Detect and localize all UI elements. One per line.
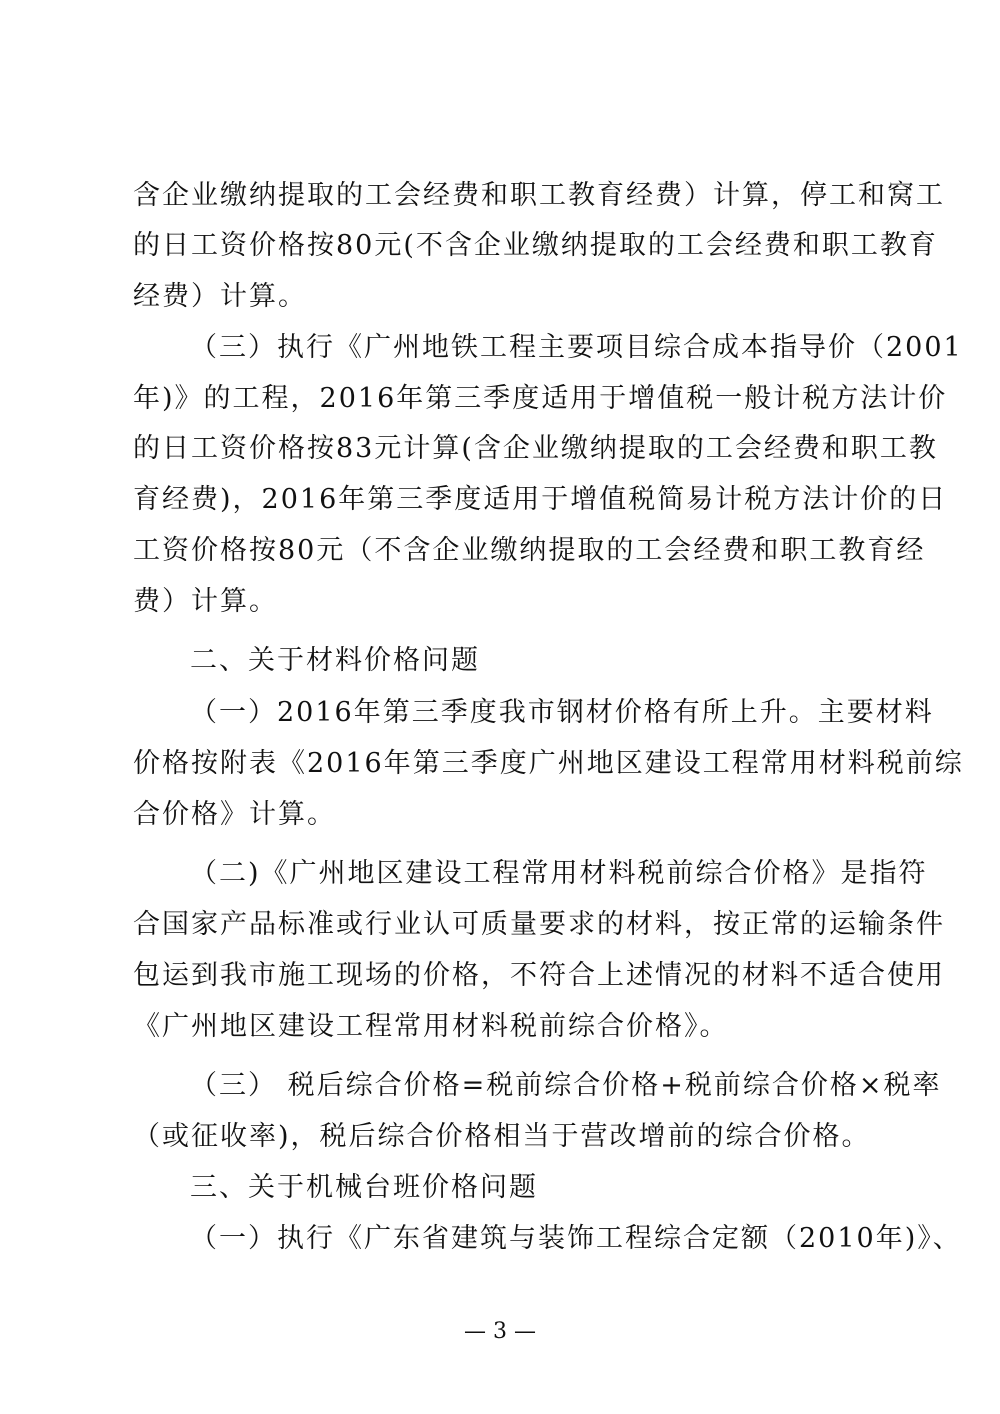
- text-line: （一）2016年第三季度我市钢材价格有所上升。主要材料: [190, 695, 873, 731]
- text-line: 合价格》计算。: [133, 797, 873, 833]
- page-number: — 3 —: [0, 1318, 1000, 1346]
- text-line: （一）执行《广东省建筑与装饰工程综合定额（2010年)》、: [190, 1221, 873, 1257]
- text-line: 工资价格按80元（不含企业缴纳提取的工会经费和职工教育经: [133, 533, 873, 569]
- text-line: 年)》的工程，2016年第三季度适用于增值税一般计税方法计价: [133, 381, 873, 417]
- text-line: 包运到我市施工现场的价格，不符合上述情况的材料不适合使用: [133, 958, 873, 994]
- text-line: 费）计算。: [133, 584, 873, 620]
- text-line: 的日工资价格按80元(不含企业缴纳提取的工会经费和职工教育: [133, 228, 873, 264]
- text-line: 价格按附表《2016年第三季度广州地区建设工程常用材料税前综: [133, 746, 873, 782]
- text-line: 经费）计算。: [133, 279, 873, 315]
- section-heading-machinery: 三、关于机械台班价格问题: [190, 1170, 873, 1206]
- text-line: （二)《广州地区建设工程常用材料税前综合价格》是指符: [190, 856, 873, 892]
- text-line: 的日工资价格按83元计算(含企业缴纳提取的工会经费和职工教: [133, 431, 873, 467]
- text-line: （三）执行《广州地铁工程主要项目综合成本指导价（2001: [190, 330, 873, 366]
- text-line: （三） 税后综合价格=税前综合价格+税前综合价格×税率: [190, 1068, 873, 1104]
- text-line: （或征收率)，税后综合价格相当于营改增前的综合价格。: [133, 1119, 873, 1155]
- text-line: 含企业缴纳提取的工会经费和职工教育经费）计算，停工和窝工: [133, 178, 873, 214]
- document-page: 含企业缴纳提取的工会经费和职工教育经费）计算，停工和窝工 的日工资价格按80元(…: [0, 0, 1000, 1414]
- text-line: 合国家产品标准或行业认可质量要求的材料，按正常的运输条件: [133, 907, 873, 943]
- text-line: 育经费)，2016年第三季度适用于增值税简易计税方法计价的日: [133, 482, 873, 518]
- section-heading-materials: 二、关于材料价格问题: [190, 643, 873, 679]
- text-line: 《广州地区建设工程常用材料税前综合价格》。: [133, 1009, 873, 1045]
